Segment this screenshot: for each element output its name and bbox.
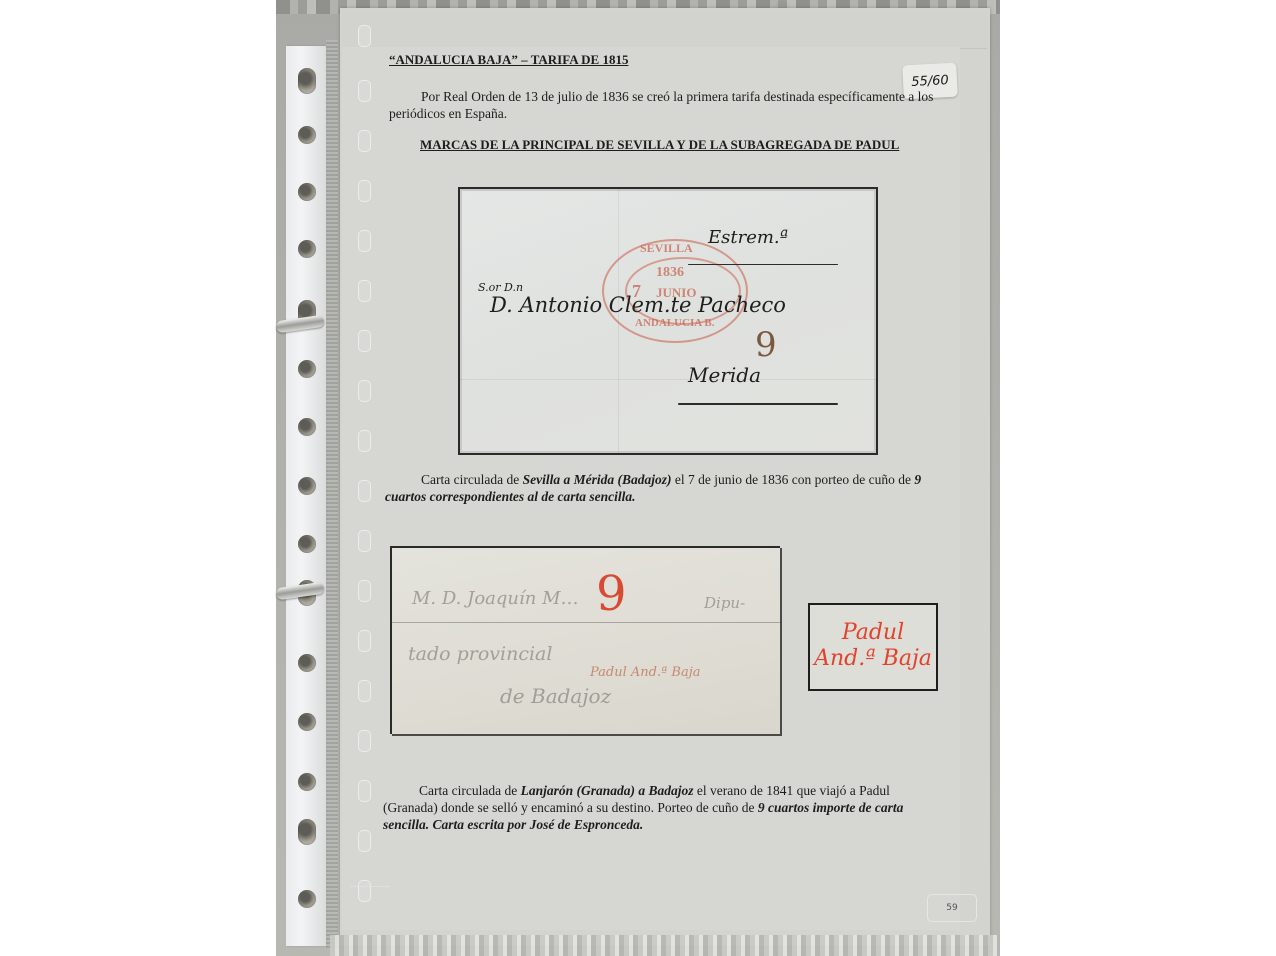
sleeve-hole xyxy=(358,480,371,502)
binder-hole xyxy=(298,477,316,495)
caption-text: Carta circulada de xyxy=(419,783,521,798)
binder-hole xyxy=(298,819,316,845)
cover-sevilla-merida: SEVILLA 1836 7 JUNIO ANDALUCIA B. Estrem… xyxy=(458,187,878,455)
sleeve-hole xyxy=(358,330,371,352)
binder-hole xyxy=(298,890,316,908)
sleeve-hole xyxy=(358,80,371,102)
sleeve-hole xyxy=(358,380,371,402)
binder-hole xyxy=(298,654,316,672)
sleeve-hole xyxy=(358,530,371,552)
binder-hole xyxy=(298,713,316,731)
binder-hole xyxy=(298,360,316,378)
binder-hole xyxy=(298,773,316,791)
postmark-top-text: SEVILLA xyxy=(640,241,693,256)
postmark-year: 1836 xyxy=(656,265,684,281)
address-city: Merida xyxy=(688,363,761,387)
address-underline xyxy=(678,403,838,405)
sleeve-hole xyxy=(358,730,371,752)
fold-line xyxy=(460,379,876,380)
address-title: Dipu- xyxy=(704,594,745,612)
caption-cover-1: Carta circulada de Sevilla a Mérida (Bad… xyxy=(385,471,947,505)
sleeve-top-band xyxy=(342,10,987,49)
page-number: 59 xyxy=(927,894,977,922)
sleeve-hole xyxy=(358,580,371,602)
address-underline xyxy=(688,264,838,265)
postmark-bottom-text: ANDALUCIA B. xyxy=(635,317,714,329)
section-subtitle: MARCAS DE LA PRINCIPAL DE SEVILLA Y DE L… xyxy=(420,137,899,153)
postmark-illustration-line2: And.ª Baja xyxy=(810,647,936,671)
binder-hole xyxy=(298,126,316,144)
rate-mark-9: 9 xyxy=(755,325,777,365)
binder-hole xyxy=(298,240,316,258)
binder-hole xyxy=(298,68,316,94)
postmark-illustration-line1: Padul xyxy=(810,621,936,645)
address-title-line2: tado provincial xyxy=(408,643,552,665)
address-recipient: M. D. Joaquín M… xyxy=(412,588,579,609)
binder-strip xyxy=(286,46,326,946)
binder-hole xyxy=(298,535,316,553)
intro-paragraph: Por Real Orden de 13 de julio de 1836 se… xyxy=(389,88,949,122)
embossed-mark xyxy=(350,886,390,909)
sleeve-hole xyxy=(358,230,371,252)
binder-hole xyxy=(298,418,316,436)
padul-postmark: Padul And.ª Baja xyxy=(590,665,701,680)
sleeve-hole xyxy=(358,25,371,47)
page-title: “ANDALUCIA BAJA” – TARIFA DE 1815 xyxy=(389,52,628,68)
sleeve-hole xyxy=(358,830,371,852)
sleeve-hole xyxy=(358,430,371,452)
address-region: Estrem.ª xyxy=(708,227,788,248)
caption-text: el 7 de junio de 1836 con porteo de cuño… xyxy=(671,472,914,487)
sleeve-hole xyxy=(358,680,371,702)
caption-route: Lanjarón (Granada) a Badajoz xyxy=(521,783,694,798)
binder-rail xyxy=(326,40,338,950)
sleeve-hole xyxy=(358,180,371,202)
sleeve-hole xyxy=(358,630,371,652)
cover-lanjaron-badajoz: M. D. Joaquín M… Dipu- 9 tado provincial… xyxy=(390,546,780,734)
sleeve-hole xyxy=(358,130,371,152)
address-recipient: D. Antonio Clem.te Pacheco xyxy=(490,293,786,317)
postmark-illustration: Padul And.ª Baja xyxy=(808,603,938,691)
sleeve-hole xyxy=(358,280,371,302)
sleeve-hole xyxy=(358,780,371,802)
sleeve-bottom-edge xyxy=(330,935,1000,956)
rate-mark-9-red: 9 xyxy=(596,570,627,618)
caption-route: Sevilla a Mérida (Badajoz) xyxy=(523,472,672,487)
caption-text: Carta circulada de xyxy=(421,472,523,487)
binder-hole xyxy=(298,183,316,201)
address-city: de Badajoz xyxy=(500,684,611,708)
caption-cover-2: Carta circulada de Lanjarón (Granada) a … xyxy=(383,782,945,833)
